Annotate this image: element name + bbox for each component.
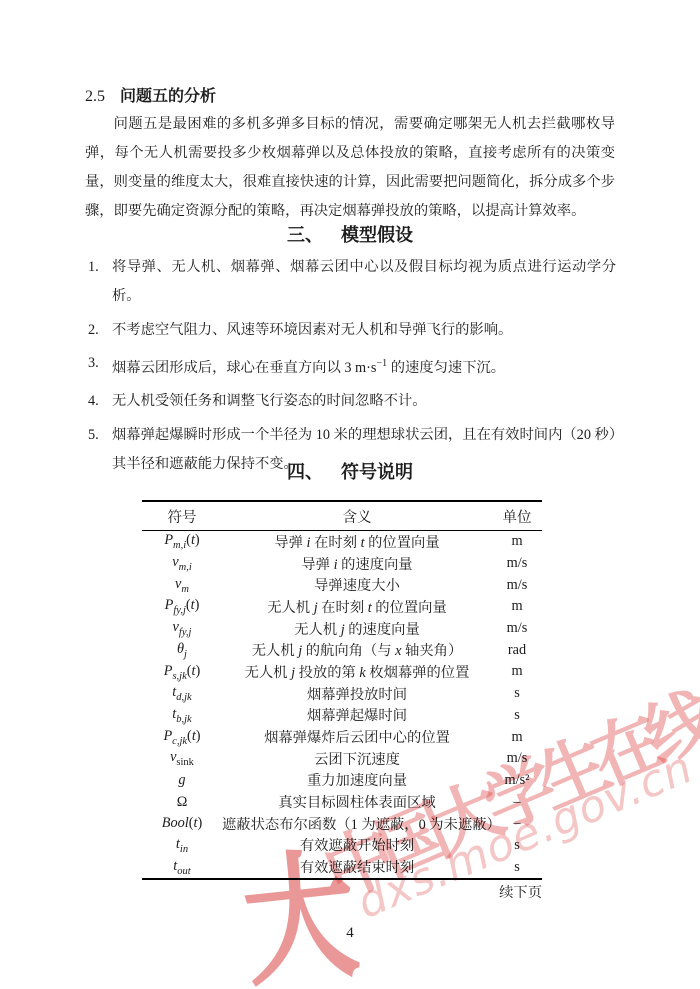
continued-next-page-note: 续下页 — [142, 882, 542, 902]
symbol-cell: vm,i — [142, 553, 222, 575]
meaning-cell: 导弹速度大小 — [222, 574, 492, 596]
table-row: θj无人机 j 的航向角（与 x 轴夹角）rad — [142, 639, 542, 661]
unit-cell: s — [492, 856, 542, 879]
symbol-cell: θj — [142, 639, 222, 661]
meaning-cell: 云团下沉速度 — [222, 748, 492, 770]
unit-cell: m — [492, 596, 542, 618]
meaning-cell: 烟幕弹起爆时间 — [222, 705, 492, 727]
symbol-cell: tin — [142, 835, 222, 857]
item-text: 烟幕云团形成后，球心在垂直方向以 3 m·s−1 的速度匀速下沉。 — [112, 360, 505, 376]
unit-cell: s — [492, 705, 542, 727]
list-item: 3. 烟幕云团形成后，球心在垂直方向以 3 m·s−1 的速度匀速下沉。 — [112, 349, 616, 383]
unit-cell: s — [492, 835, 542, 857]
symbol-cell: tout — [142, 856, 222, 879]
table-row: tb,jk烟幕弹起爆时间s — [142, 705, 542, 727]
meaning-cell: 有效遮蔽开始时刻 — [222, 835, 492, 857]
table-row: Pfy,j(t)无人机 j 在时刻 t 的位置向量m — [142, 596, 542, 618]
meaning-cell: 烟幕弹投放时间 — [222, 683, 492, 705]
item-text: 不考虑空气阻力、风速等环境因素对无人机和导弹飞行的影响。 — [112, 322, 512, 338]
subsection-heading: 2.5问题五的分析 — [85, 83, 216, 106]
meaning-cell: 真实目标圆柱体表面区域 — [222, 791, 492, 813]
symbol-cell: vfy,j — [142, 618, 222, 640]
section-heading-assumptions: 三、模型假设 — [0, 221, 700, 247]
item-number: 4. — [88, 387, 108, 416]
item-text: 无人机受领任务和调整飞行姿态的时间忽略不计。 — [112, 393, 427, 409]
table-row: vm导弹速度大小m/s — [142, 574, 542, 596]
meaning-cell: 无人机 j 的速度向量 — [222, 618, 492, 640]
meaning-cell: 重力加速度向量 — [222, 770, 492, 792]
item-text: 将导弹、无人机、烟幕弹、烟幕云团中心以及假目标均视为质点进行运动学分析。 — [112, 259, 616, 304]
section-heading-symbols: 四、符号说明 — [0, 458, 700, 484]
table-header-row: 符号 含义 单位 — [142, 501, 542, 531]
list-item: 1. 将导弹、无人机、烟幕弹、烟幕云团中心以及假目标均视为质点进行运动学分析。 — [112, 253, 616, 311]
unit-cell: m/s — [492, 748, 542, 770]
assumptions-list: 1. 将导弹、无人机、烟幕弹、烟幕云团中心以及假目标均视为质点进行运动学分析。 … — [112, 253, 616, 483]
unit-cell: m/s — [492, 553, 542, 575]
meaning-cell: 无人机 j 的航向角（与 x 轴夹角） — [222, 639, 492, 661]
table-row: Pm,i(t)导弹 i 在时刻 t 的位置向量m — [142, 531, 542, 553]
unit-cell: m/s — [492, 618, 542, 640]
meaning-cell: 烟幕弹爆炸后云团中心的位置 — [222, 726, 492, 748]
meaning-cell: 无人机 j 在时刻 t 的位置向量 — [222, 596, 492, 618]
unit-cell: m/s² — [492, 770, 542, 792]
table-row: Bool(t)遮蔽状态布尔函数（1 为遮蔽，0 为未遮蔽）– — [142, 813, 542, 835]
table-row: Ps,jk(t)无人机 j 投放的第 k 枚烟幕弹的位置m — [142, 661, 542, 683]
unit-cell: rad — [492, 639, 542, 661]
page-number: 4 — [0, 925, 700, 942]
symbol-cell: td,jk — [142, 683, 222, 705]
table-row: tout有效遮蔽结束时刻s — [142, 856, 542, 879]
subsection-number: 2.5 — [85, 88, 105, 105]
table-row: vsink云团下沉速度m/s — [142, 748, 542, 770]
list-item: 2. 不考虑空气阻力、风速等环境因素对无人机和导弹飞行的影响。 — [112, 316, 616, 345]
section-number: 三、 — [287, 225, 323, 245]
symbol-cell: tb,jk — [142, 705, 222, 727]
table-row: td,jk烟幕弹投放时间s — [142, 683, 542, 705]
unit-cell: m — [492, 661, 542, 683]
symbol-table: 符号 含义 单位 Pm,i(t)导弹 i 在时刻 t 的位置向量m vm,i导弹… — [142, 500, 542, 880]
meaning-cell: 导弹 i 的速度向量 — [222, 553, 492, 575]
symbol-cell: Bool(t) — [142, 813, 222, 835]
table-row: vfy,j无人机 j 的速度向量m/s — [142, 618, 542, 640]
section-title: 模型假设 — [341, 225, 413, 245]
table-row: vm,i导弹 i 的速度向量m/s — [142, 553, 542, 575]
unit-cell: – — [492, 791, 542, 813]
symbol-cell: vsink — [142, 748, 222, 770]
list-item: 4. 无人机受领任务和调整飞行姿态的时间忽略不计。 — [112, 387, 616, 416]
header-symbol: 符号 — [142, 501, 222, 531]
item-number: 5. — [88, 421, 108, 450]
unit-cell: m/s — [492, 574, 542, 596]
header-meaning: 含义 — [222, 501, 492, 531]
symbol-cell: Pm,i(t) — [142, 531, 222, 553]
table-row: Pc,jk(t)烟幕弹爆炸后云团中心的位置m — [142, 726, 542, 748]
item-number: 1. — [88, 253, 108, 282]
table-row: Ω真实目标圆柱体表面区域– — [142, 791, 542, 813]
table-row: tin有效遮蔽开始时刻s — [142, 835, 542, 857]
symbol-cell: vm — [142, 574, 222, 596]
header-unit: 单位 — [492, 501, 542, 531]
section-title: 符号说明 — [341, 462, 413, 482]
unit-cell: m — [492, 726, 542, 748]
symbol-cell: Pfy,j(t) — [142, 596, 222, 618]
meaning-cell: 遮蔽状态布尔函数（1 为遮蔽，0 为未遮蔽） — [222, 813, 492, 835]
item-number: 2. — [88, 316, 108, 345]
subsection-title: 问题五的分析 — [120, 88, 216, 105]
symbol-cell: Ω — [142, 791, 222, 813]
meaning-cell: 有效遮蔽结束时刻 — [222, 856, 492, 879]
meaning-cell: 导弹 i 在时刻 t 的位置向量 — [222, 531, 492, 553]
symbol-cell: g — [142, 770, 222, 792]
symbol-cell: Ps,jk(t) — [142, 661, 222, 683]
unit-cell: m — [492, 531, 542, 553]
meaning-cell: 无人机 j 投放的第 k 枚烟幕弹的位置 — [222, 661, 492, 683]
paper-page: 2.5问题五的分析 问题五是最困难的多机多弹多目标的情况，需要确定哪架无人机去拦… — [0, 0, 700, 989]
item-number: 3. — [88, 349, 108, 378]
table-row: g重力加速度向量m/s² — [142, 770, 542, 792]
symbol-cell: Pc,jk(t) — [142, 726, 222, 748]
section-number: 四、 — [287, 462, 323, 482]
analysis-paragraph: 问题五是最困难的多机多弹多目标的情况，需要确定哪架无人机去拦截哪枚导弹，每个无人… — [85, 110, 615, 226]
unit-cell: s — [492, 683, 542, 705]
